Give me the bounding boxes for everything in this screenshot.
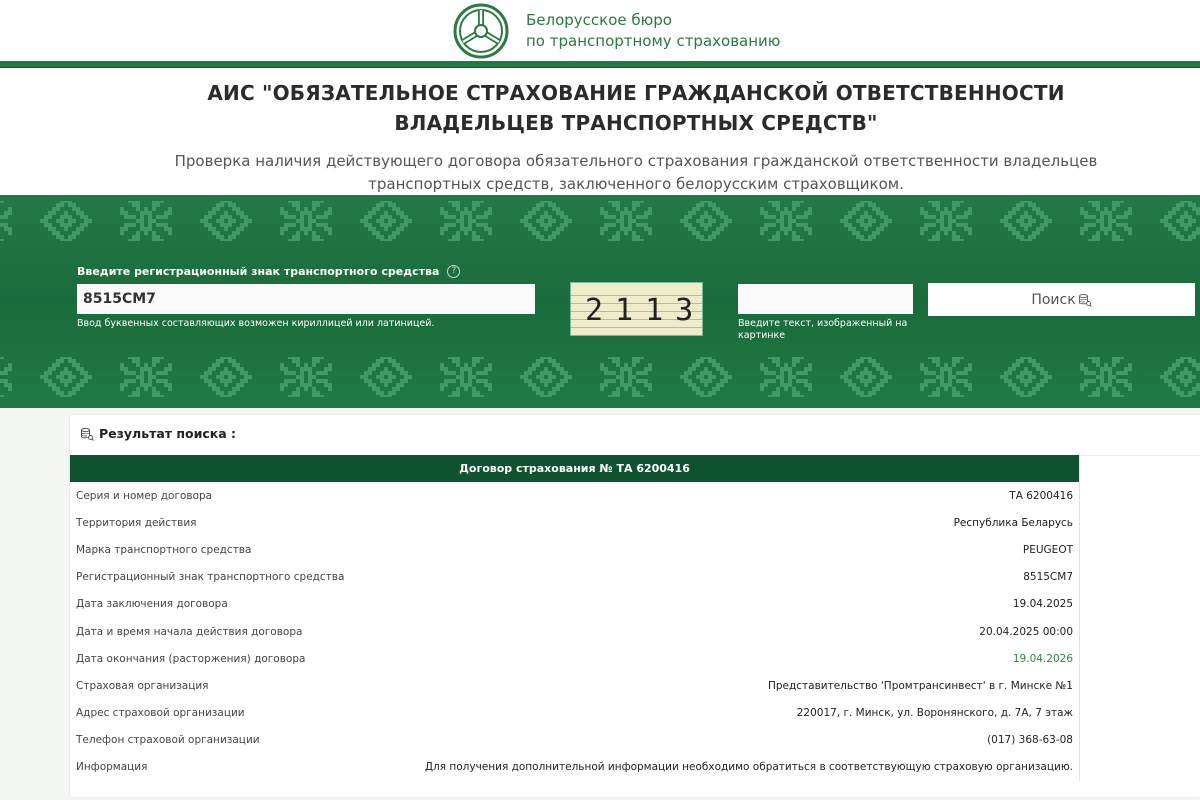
results-side-area — [1080, 455, 1200, 795]
table-row: Дата и время начала действия договора20.… — [70, 618, 1080, 645]
table-row: Территория действияРеспублика Беларусь — [70, 509, 1080, 536]
row-label: Серия и номер договора — [70, 482, 371, 509]
page-subtitle-line2: транспортных средств, заключенного белор… — [0, 173, 1200, 196]
page-subtitle-line1: Проверка наличия действующего договора о… — [0, 150, 1200, 173]
results-heading: Результат поиска : — [80, 426, 236, 441]
row-value: 19.04.2025 — [371, 591, 1080, 618]
database-search-icon — [80, 427, 94, 441]
search-button[interactable]: Поиск — [928, 283, 1195, 316]
org-name-line1: Белорусское бюро — [526, 10, 780, 31]
row-label: Адрес страховой организации — [70, 700, 371, 727]
table-row: Дата окончания (расторжения) договора19.… — [70, 645, 1080, 672]
row-label: Дата окончания (расторжения) договора — [70, 645, 371, 672]
table-row: Дата заключения договора19.04.2025 — [70, 591, 1080, 618]
table-row: Марка транспортного средстваPEUGEOT — [70, 536, 1080, 563]
row-label: Марка транспортного средства — [70, 536, 371, 563]
page-title-line2: ВЛАДЕЛЬЦЕВ ТРАНСПОРТНЫХ СРЕДСТВ" — [0, 108, 1200, 138]
row-value: 8515CM7 — [371, 564, 1080, 591]
page-title: АИС "ОБЯЗАТЕЛЬНОЕ СТРАХОВАНИЕ ГРАЖДАНСКО… — [0, 78, 1200, 138]
table-row: ИнформацияДля получения дополнительной и… — [70, 754, 1080, 781]
row-value: Республика Беларусь — [371, 509, 1080, 536]
org-name-line2: по транспортному страхованию — [526, 31, 780, 52]
header-divider — [0, 61, 1200, 68]
row-value: 20.04.2025 00:00 — [371, 618, 1080, 645]
captcha-input[interactable] — [738, 284, 913, 314]
reg-number-input[interactable] — [77, 284, 535, 314]
row-value: Для получения дополнительной информации … — [371, 754, 1080, 781]
org-name: Белорусское бюро по транспортному страхо… — [526, 10, 780, 52]
reg-number-label-text: Введите регистрационный знак транспортно… — [77, 265, 439, 278]
captcha-image: 2113 — [570, 282, 703, 336]
row-value: (017) 368-63-08 — [371, 727, 1080, 754]
table-row: Адрес страховой организации220017, г. Ми… — [70, 700, 1080, 727]
help-icon[interactable]: ? — [447, 265, 460, 278]
row-label: Дата заключения договора — [70, 591, 371, 618]
contract-table-title: Договор страхования № ТА 6200416 — [70, 455, 1080, 482]
captcha-hint: Введите текст, изображенный на картинке — [738, 318, 918, 342]
table-row: Телефон страховой организации(017) 368-6… — [70, 727, 1080, 754]
ornament-pattern — [0, 357, 1200, 397]
table-row: Серия и номер договораТА 6200416 — [70, 482, 1080, 509]
page-subtitle: Проверка наличия действующего договора о… — [0, 150, 1200, 196]
steering-wheel-logo-icon — [450, 2, 512, 60]
row-label: Информация — [70, 754, 371, 781]
row-value: 19.04.2026 — [371, 645, 1080, 672]
row-value: PEUGEOT — [371, 536, 1080, 563]
database-search-icon — [1078, 293, 1092, 307]
row-label: Дата и время начала действия договора — [70, 618, 371, 645]
row-label: Регистрационный знак транспортного средс… — [70, 564, 371, 591]
contract-table: Договор страхования № ТА 6200416 Серия и… — [70, 455, 1080, 781]
captcha-text: 2113 — [585, 293, 703, 328]
logo[interactable]: Белорусское бюро по транспортному страхо… — [450, 2, 780, 60]
table-row: Регистрационный знак транспортного средс… — [70, 564, 1080, 591]
ornament-pattern — [0, 201, 1200, 241]
row-value: 220017, г. Минск, ул. Воронянского, д. 7… — [371, 700, 1080, 727]
search-panel: Введите регистрационный знак транспортно… — [0, 195, 1200, 408]
row-label: Страховая организация — [70, 672, 371, 699]
reg-number-label: Введите регистрационный знак транспортно… — [77, 265, 460, 278]
table-row: Страховая организацияПредставительство '… — [70, 672, 1080, 699]
row-value: ТА 6200416 — [371, 482, 1080, 509]
results-heading-text: Результат поиска : — [99, 426, 236, 441]
page-title-line1: АИС "ОБЯЗАТЕЛЬНОЕ СТРАХОВАНИЕ ГРАЖДАНСКО… — [0, 78, 1200, 108]
reg-number-hint: Ввод буквенных составляющих возможен кир… — [77, 318, 434, 329]
row-value: Представительство 'Промтрансинвест' в г.… — [371, 672, 1080, 699]
row-label: Телефон страховой организации — [70, 727, 371, 754]
row-label: Территория действия — [70, 509, 371, 536]
search-button-label: Поиск — [1031, 292, 1075, 308]
site-header: Белорусское бюро по транспортному страхо… — [0, 0, 1200, 62]
